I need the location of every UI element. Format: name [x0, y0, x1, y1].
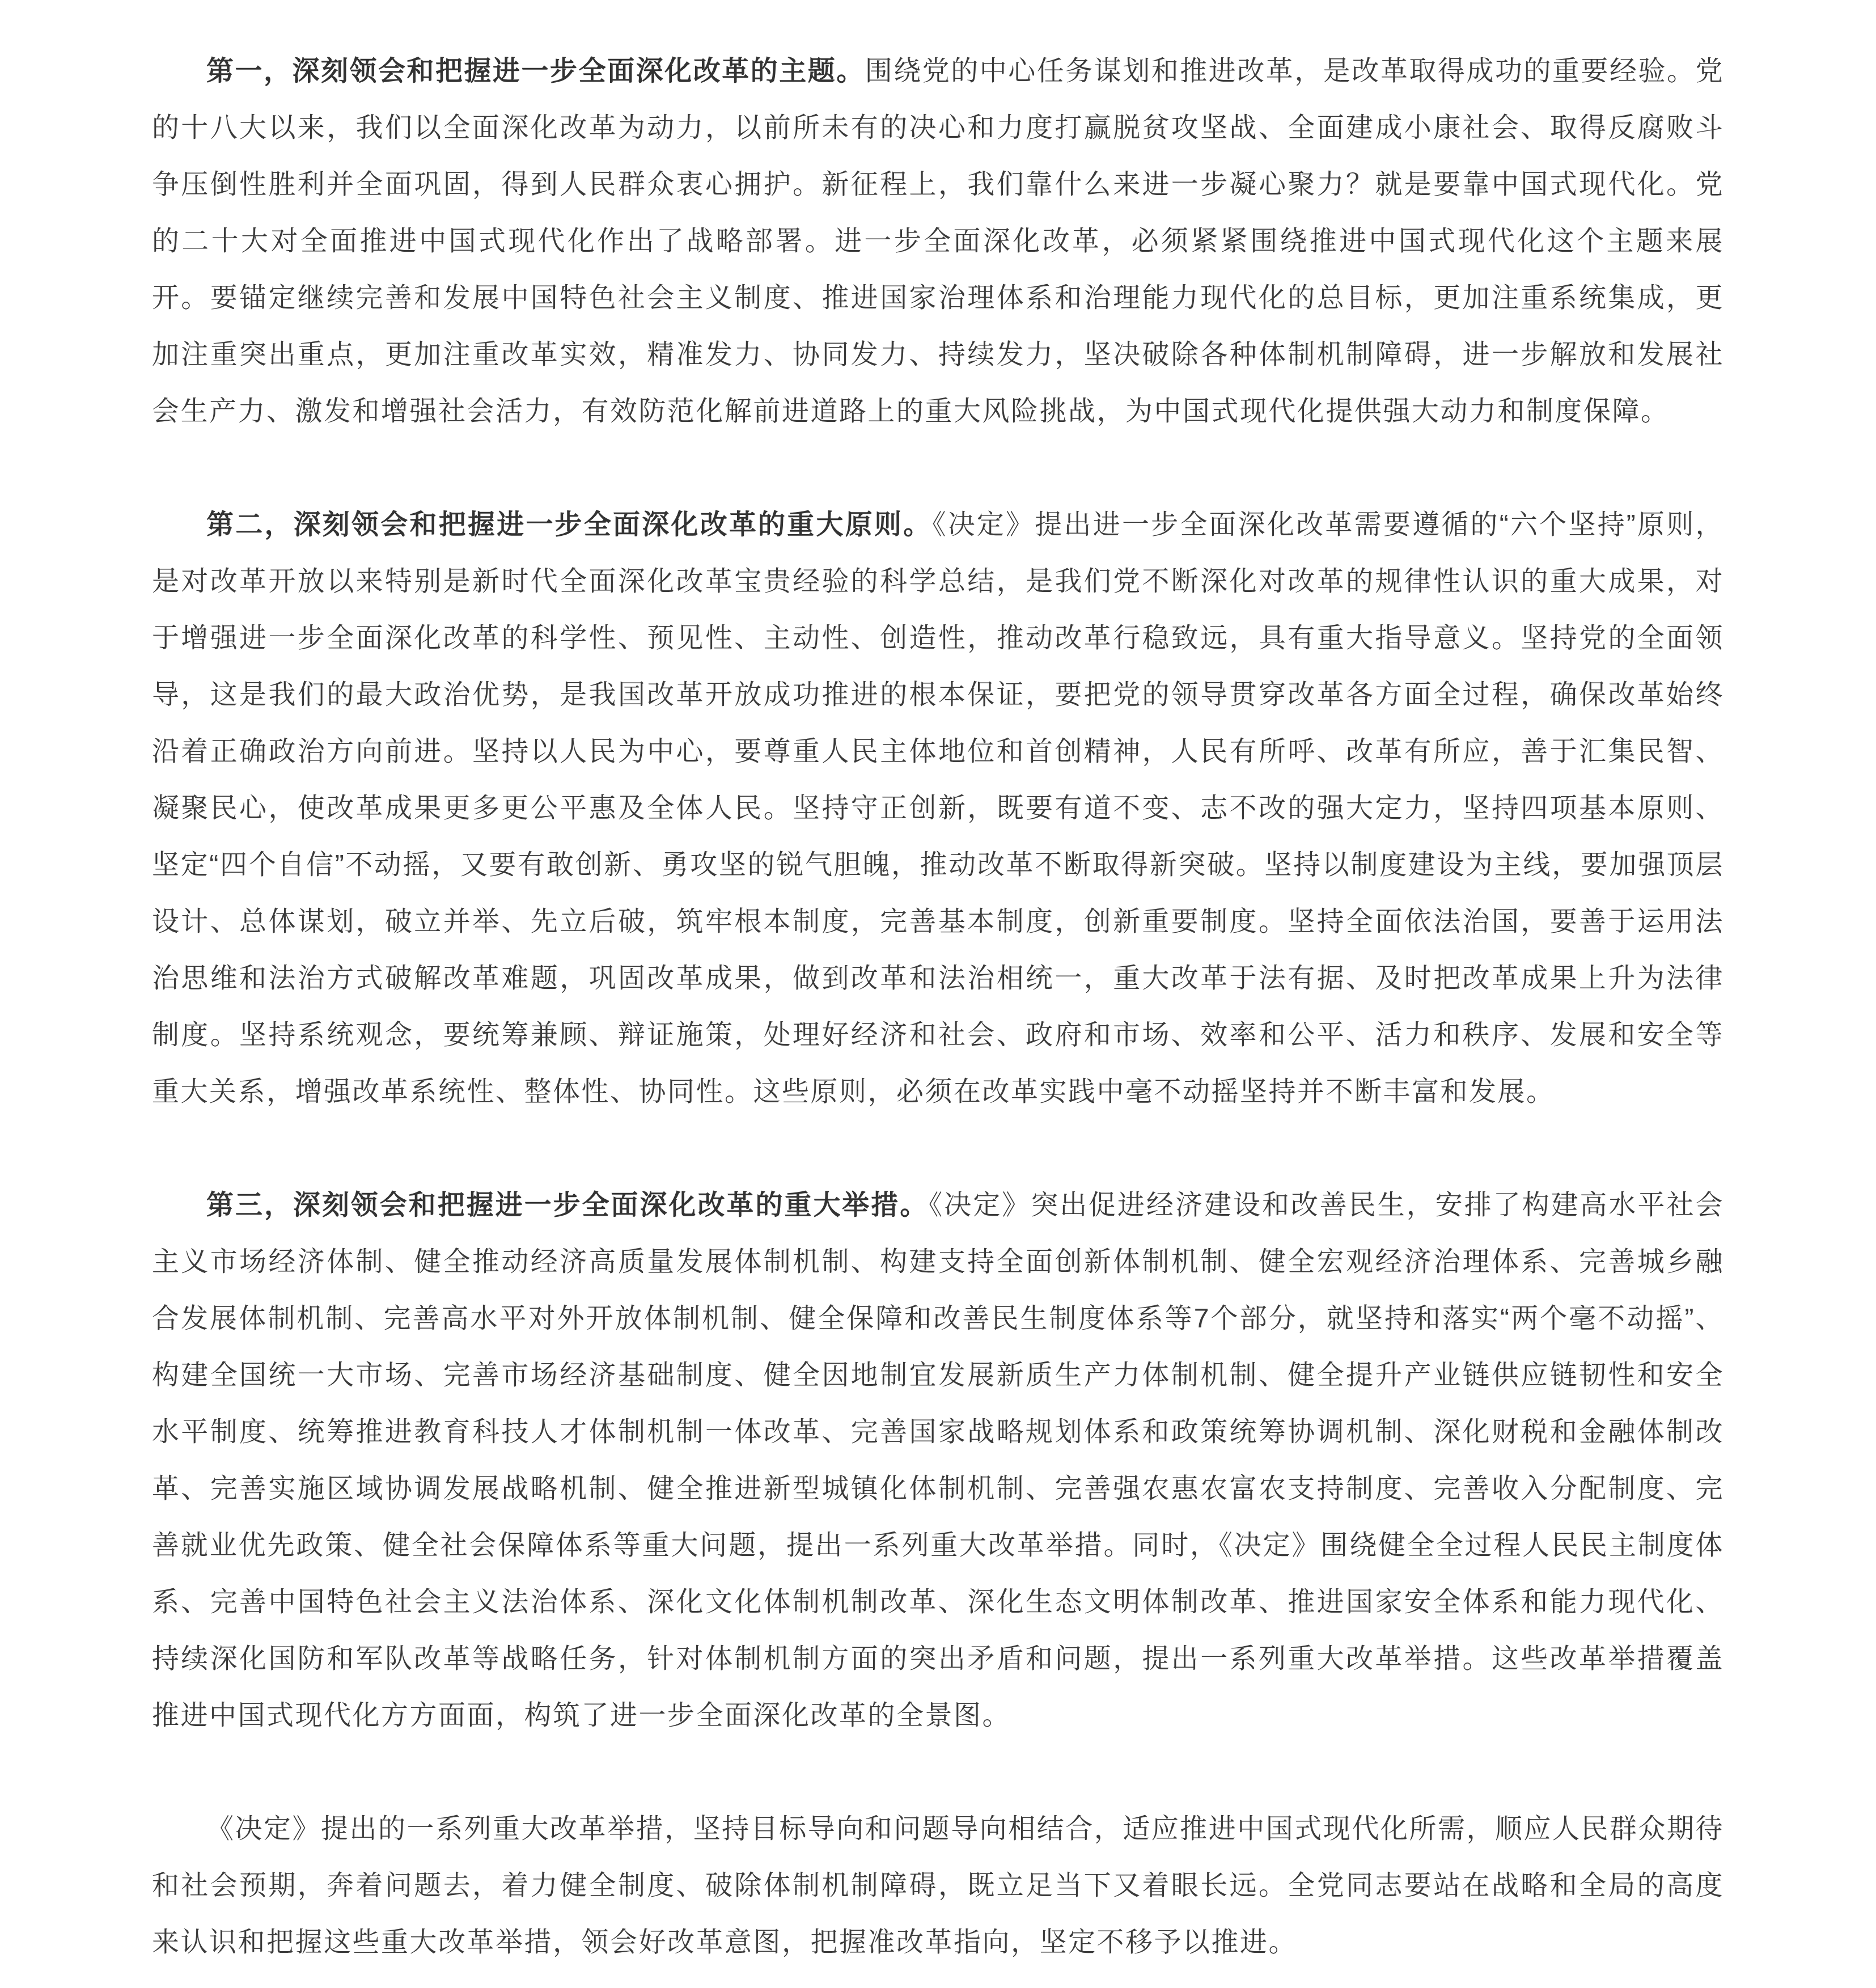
paragraph-1-lead: 第一，深刻领会和把握进一步全面深化改革的主题。 [206, 56, 865, 86]
paragraph-4: 《决定》提出的一系列重大改革举措，坚持目标导向和问题导向相结合，适应推进中国式现… [152, 1801, 1724, 1971]
paragraph-3-lead: 第三，深刻领会和把握进一步全面深化改革的重大举措。 [206, 1190, 929, 1220]
paragraph-4-body: 《决定》提出的一系列重大改革举措，坚持目标导向和问题导向相结合，适应推进中国式现… [152, 1814, 1724, 1957]
paragraph-1: 第一，深刻领会和把握进一步全面深化改革的主题。围绕党的中心任务谋划和推进改革，是… [152, 43, 1724, 440]
paragraph-2: 第二，深刻领会和把握进一步全面深化改革的重大原则。《决定》提出进一步全面深化改革… [152, 497, 1724, 1120]
paragraph-2-lead: 第二，深刻领会和把握进一步全面深化改革的重大原则。 [206, 510, 932, 540]
paragraph-3-body: 《决定》突出促进经济建设和改善民生，安排了构建高水平社会主义市场经济体制、健全推… [152, 1190, 1724, 1731]
document-page: 第一，深刻领会和把握进一步全面深化改革的主题。围绕党的中心任务谋划和推进改革，是… [0, 0, 1876, 1988]
paragraph-2-body: 《决定》提出进一步全面深化改革需要遵循的“六个坚持”原则，是对改革开放以来特别是… [152, 510, 1724, 1107]
paragraph-1-body: 围绕党的中心任务谋划和推进改革，是改革取得成功的重要经验。党的十八大以来，我们以… [152, 56, 1724, 426]
paragraph-3: 第三，深刻领会和把握进一步全面深化改革的重大举措。《决定》突出促进经济建设和改善… [152, 1177, 1724, 1744]
